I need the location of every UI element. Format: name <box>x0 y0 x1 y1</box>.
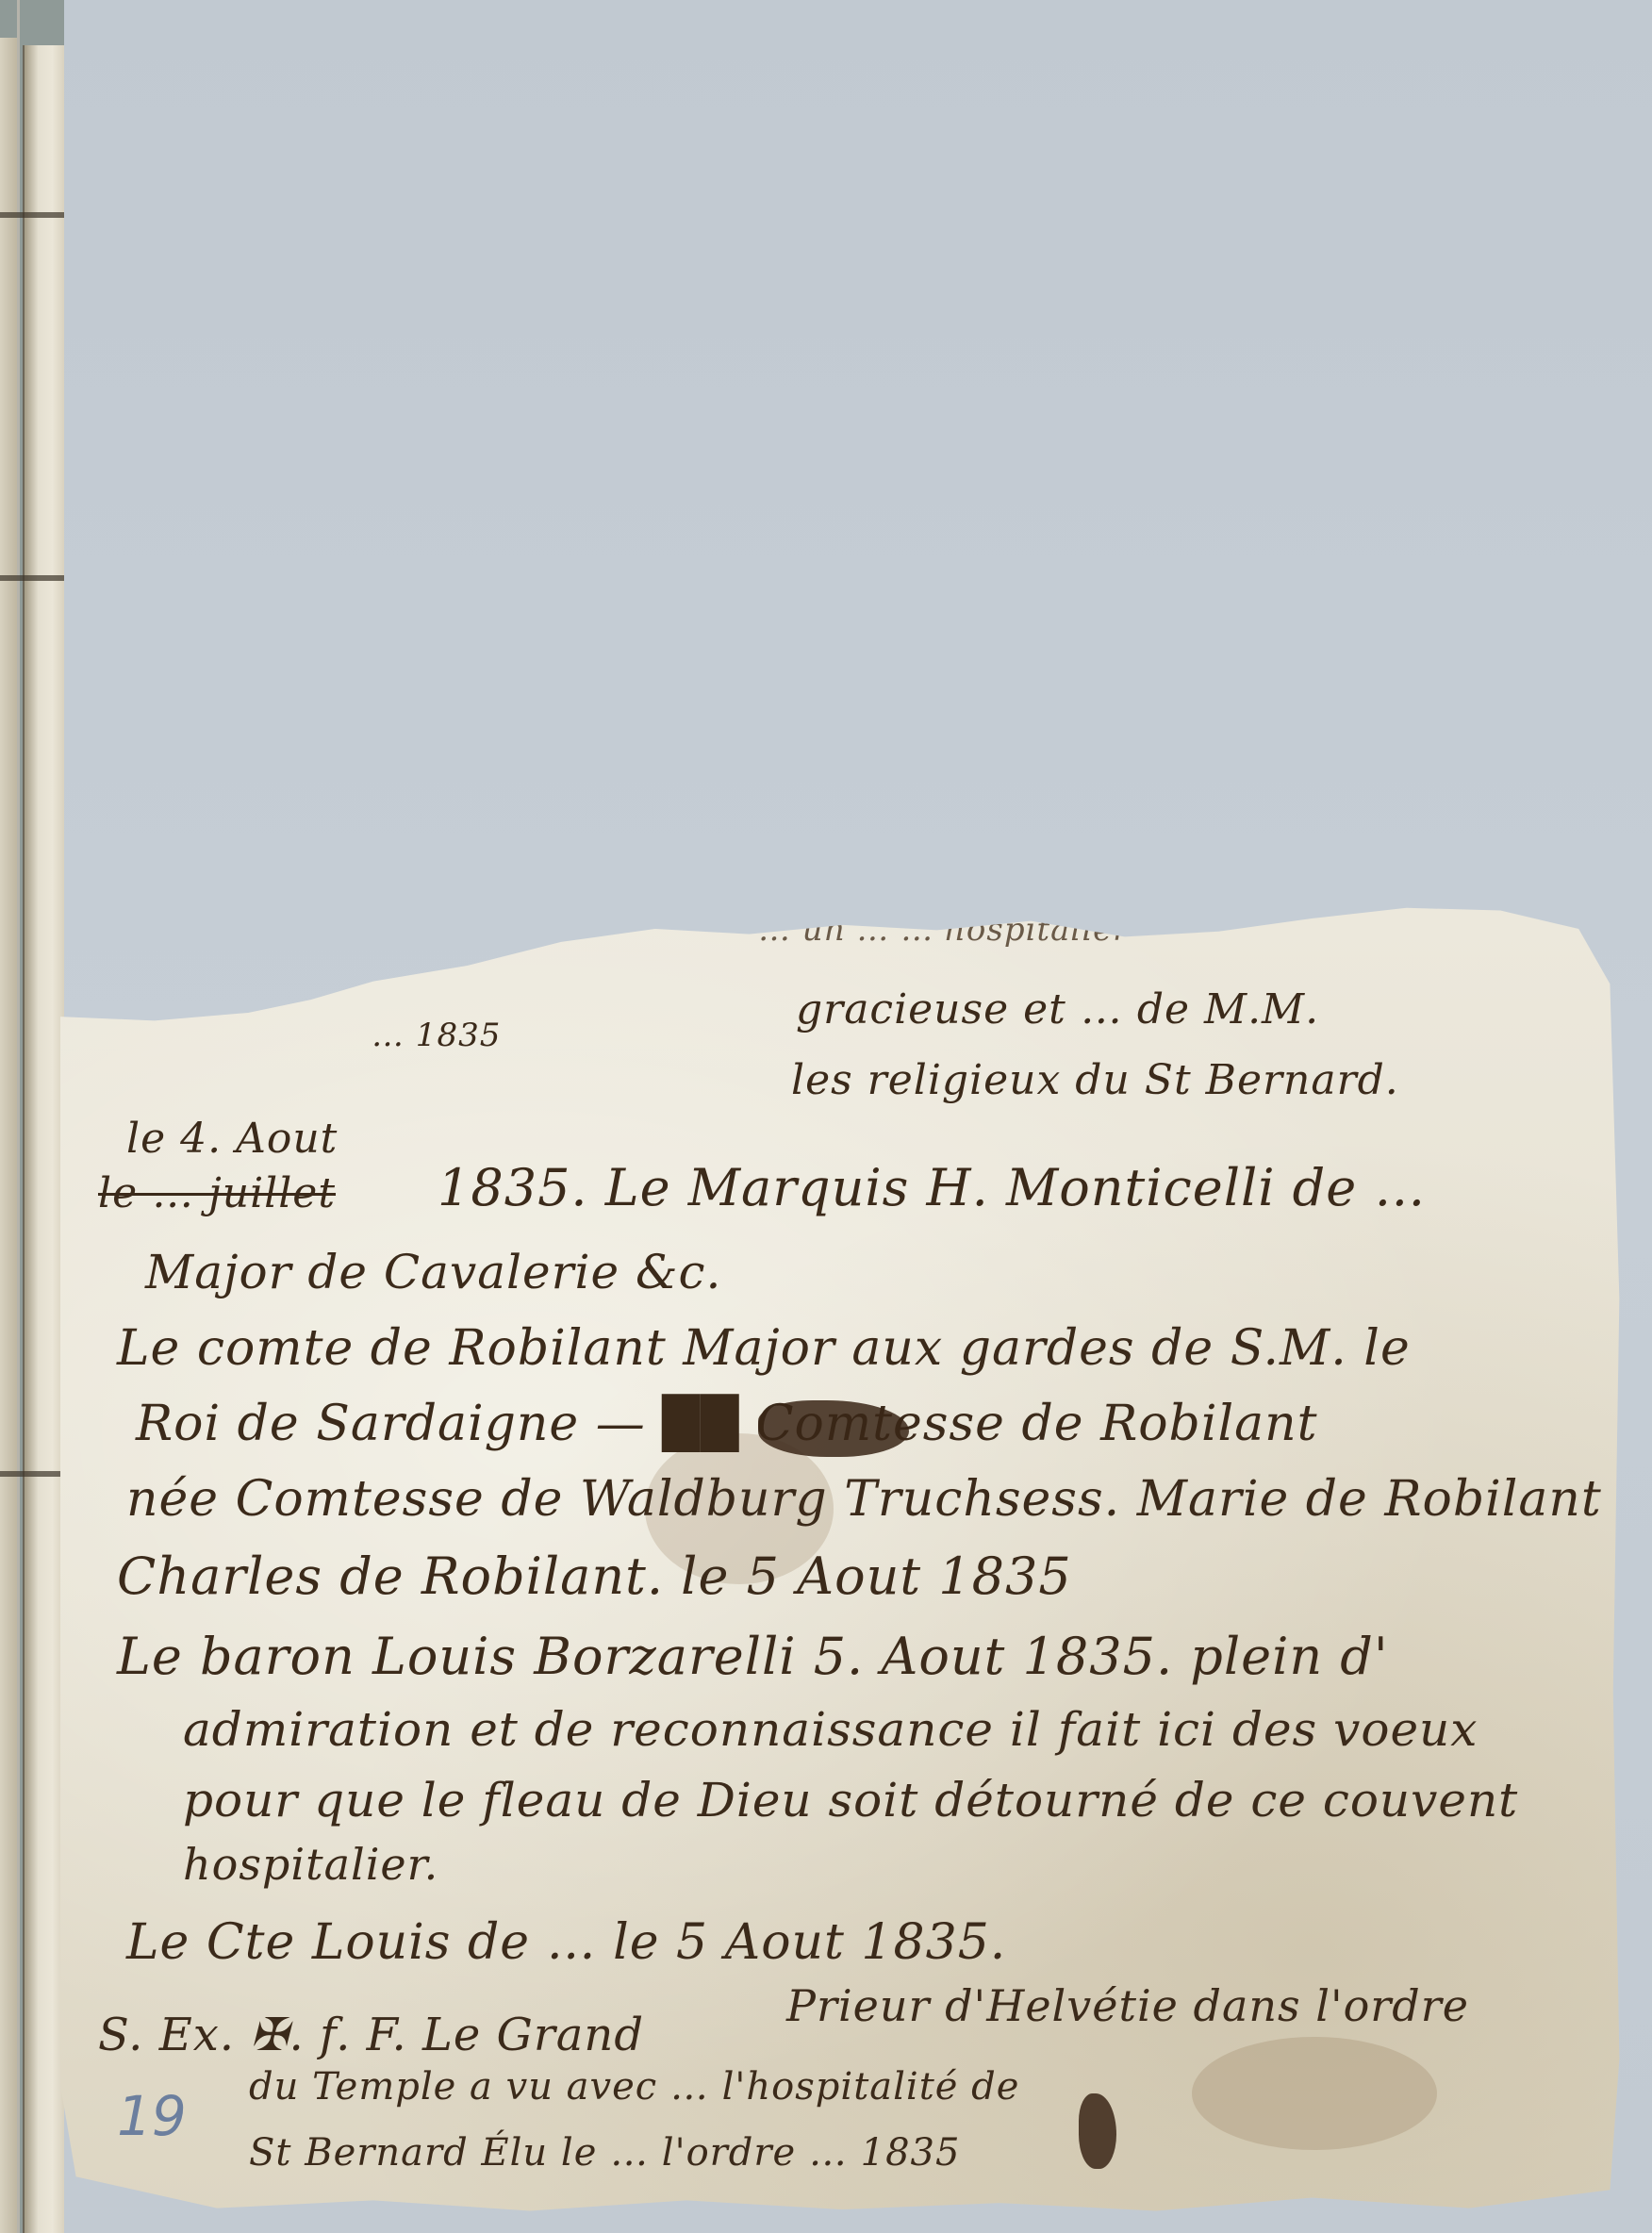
manuscript-line: S. Ex. ✠. f. F. Le Grand <box>98 2009 644 2061</box>
manuscript-line: Charles de Robilant. le 5 Aout 1835 <box>117 1547 1072 1606</box>
manuscript-line: du Temple a vu avec … l'hospitalité de <box>249 2065 1019 2109</box>
adjacent-leaf <box>0 38 17 2233</box>
binding-stitch <box>0 1471 64 1477</box>
manuscript-line: pour que le fleau de Dieu soit détourné … <box>183 1773 1518 1828</box>
manuscript-line: St Bernard Élu le … l'ordre … 1835 <box>249 2131 960 2175</box>
manuscript-line: Le Cte Louis de … le 5 Aout 1835. <box>126 1914 1006 1971</box>
manuscript-line: Prieur d'Helvétie dans l'ordre <box>786 1980 1469 2031</box>
manuscript-line: Le comte de Robilant Major aux gardes de… <box>117 1320 1411 1377</box>
manuscript-line: le 4. Aout <box>126 1115 338 1163</box>
manuscript-line: Le baron Louis Borzarelli 5. Aout 1835. … <box>117 1627 1389 1686</box>
ink-blot <box>1079 2093 1116 2169</box>
manuscript-line: 1835. Le Marquis H. Monticelli de … <box>438 1158 1426 1217</box>
binding-stitch <box>0 575 64 581</box>
paper-stain <box>1192 2037 1437 2150</box>
manuscript-line: Major de Cavalerie &c. <box>145 1245 721 1299</box>
manuscript-line: gracieuse et … de M.M. <box>796 985 1319 1034</box>
binding-thread <box>17 0 20 2233</box>
page-stub <box>23 45 64 2233</box>
struck-through-line: le … juillet <box>98 1169 336 1217</box>
manuscript-line: hospitalier. <box>183 1839 438 1890</box>
manuscript-line: admiration et de reconnaissance il fait … <box>183 1702 1478 1757</box>
manuscript-line: … 1835 <box>372 1017 501 1054</box>
folio-number: 19 <box>117 2084 187 2148</box>
manuscript-line: née Comtesse de Waldburg Truchsess. Mari… <box>126 1471 1602 1528</box>
manuscript-line: les religieux du St Bernard. <box>791 1056 1399 1104</box>
manuscript-line: Roi de Sardaigne — ██ Comtesse de Robila… <box>136 1396 1317 1452</box>
binding-stitch <box>0 212 64 218</box>
book-binding-edge <box>0 0 64 2233</box>
manuscript-fragment: … un … … hospitalier gracieuse et … de M… <box>60 905 1626 2216</box>
